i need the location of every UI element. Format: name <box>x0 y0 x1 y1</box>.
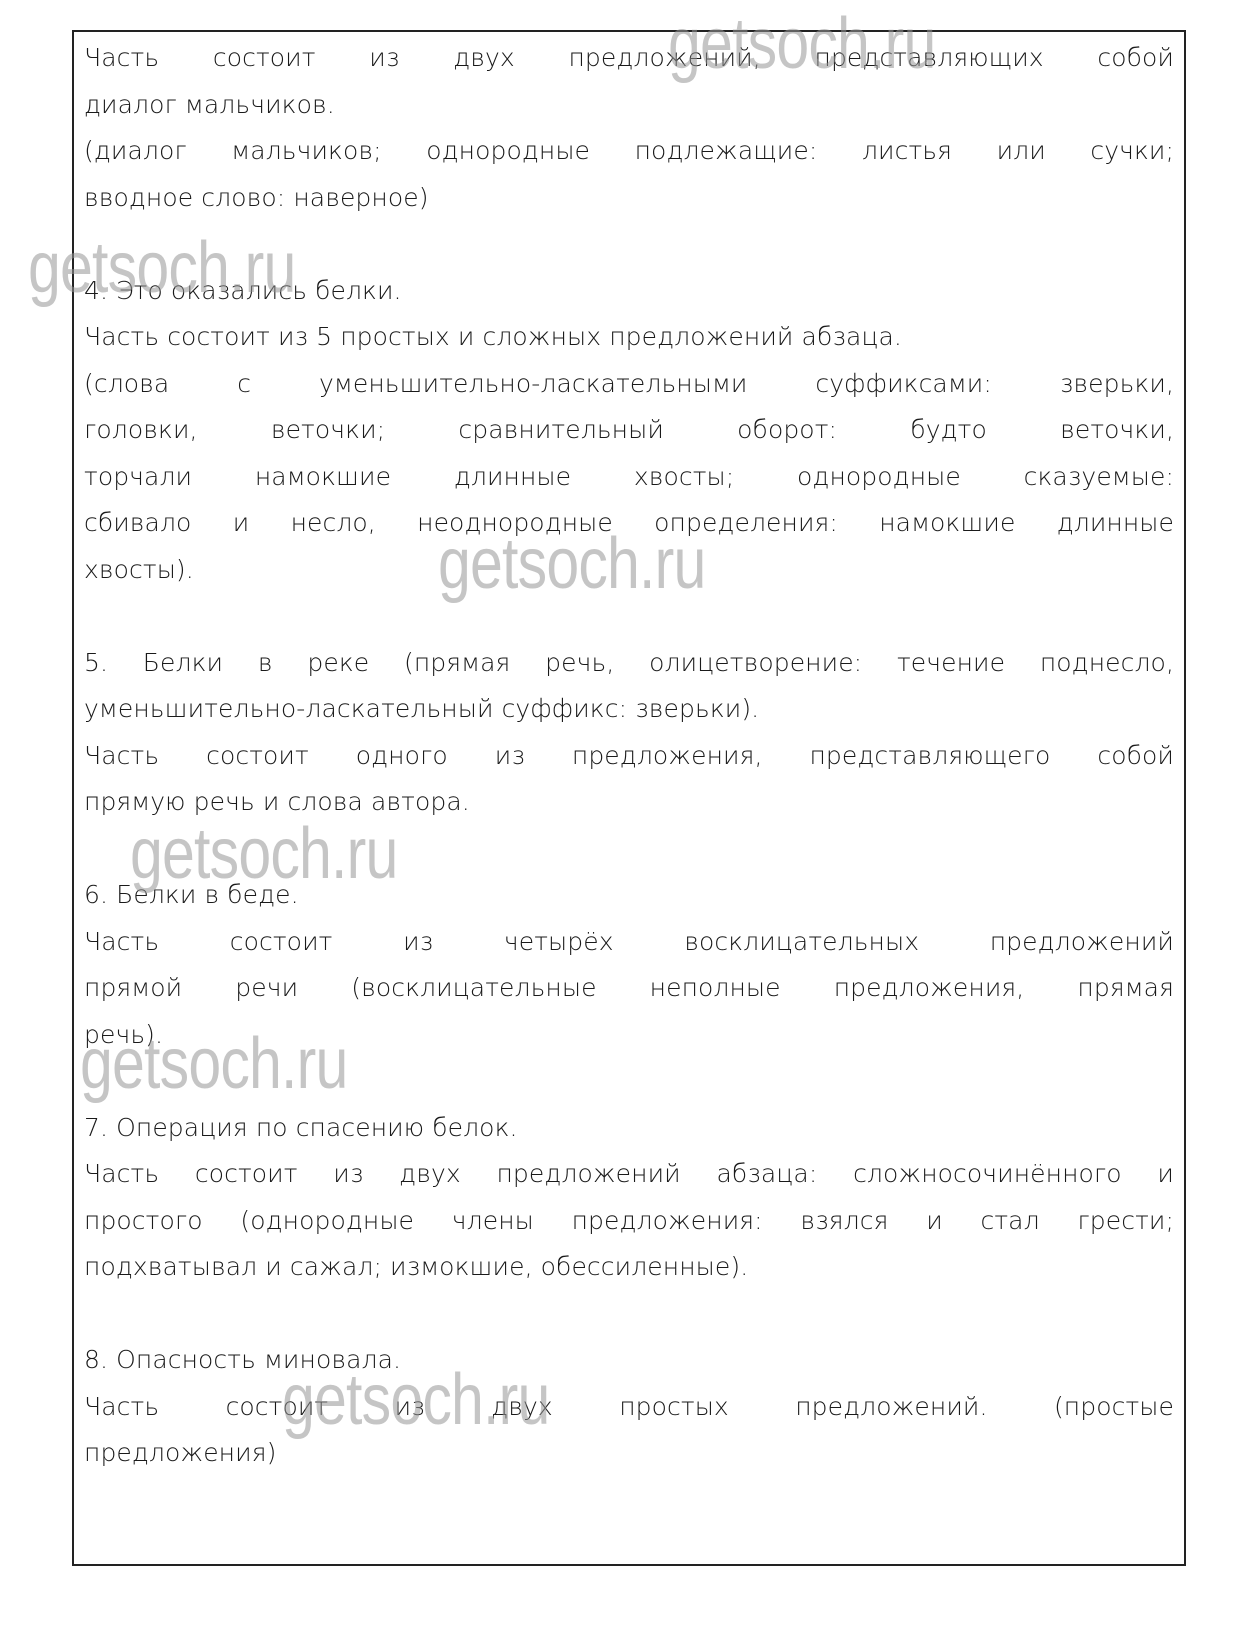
text-line: сбивало и несло, неоднородные определени… <box>84 500 1174 547</box>
text-line: простого (однородные члены предложения: … <box>84 1198 1174 1245</box>
answer-text: Часть состоит из двух предложений, предс… <box>84 35 1174 1477</box>
paragraph-gap <box>84 1058 1174 1105</box>
text-line: прямую речь и слова автора. <box>84 779 1174 826</box>
text-line: подхватывал и сажал; измокшие, обессилен… <box>84 1244 1174 1291</box>
text-line: предложения) <box>84 1430 1174 1477</box>
paragraph-gap <box>84 826 1174 873</box>
paragraph-gap <box>84 1291 1174 1338</box>
text-line: Часть состоит из двух простых предложени… <box>84 1384 1174 1431</box>
text-line: Часть состоит из 5 простых и сложных пре… <box>84 314 1174 361</box>
section-3-tail: Часть состоит из двух предложений, предс… <box>84 35 1174 221</box>
text-line: диалог мальчиков. <box>84 82 1174 129</box>
text-line: уменьшительно-ласкательный суффикс: звер… <box>84 686 1174 733</box>
section-4: 4. Это оказались белки. Часть состоит из… <box>84 268 1174 594</box>
text-line: Часть состоит из двух предложений абзаца… <box>84 1151 1174 1198</box>
text-line: хвосты). <box>84 547 1174 594</box>
text-line: торчали намокшие длинные хвосты; однород… <box>84 454 1174 501</box>
section-heading: 6. Белки в беде. <box>84 872 1174 919</box>
section-heading: 5. Белки в реке (прямая речь, олицетворе… <box>84 640 1174 687</box>
text-line: речь). <box>84 1012 1174 1059</box>
text-line: (слова с уменьшительно-ласкательными суф… <box>84 361 1174 408</box>
text-line: (диалог мальчиков; однородные подлежащие… <box>84 128 1174 175</box>
section-6: 6. Белки в беде. Часть состоит из четырё… <box>84 872 1174 1058</box>
section-8: 8. Опасность миновала. Часть состоит из … <box>84 1337 1174 1477</box>
paragraph-gap <box>84 593 1174 640</box>
paragraph-gap <box>84 221 1174 268</box>
section-heading: 8. Опасность миновала. <box>84 1337 1174 1384</box>
text-line: Часть состоит из четырёх восклицательных… <box>84 919 1174 966</box>
text-line: прямой речи (восклицательные неполные пр… <box>84 965 1174 1012</box>
text-line: вводное слово: наверное) <box>84 175 1174 222</box>
text-line: Часть состоит из двух предложений, предс… <box>84 35 1174 82</box>
text-line: головки, веточки; сравнительный оборот: … <box>84 407 1174 454</box>
section-7: 7. Операция по спасению белок. Часть сос… <box>84 1105 1174 1291</box>
section-5: 5. Белки в реке (прямая речь, олицетворе… <box>84 640 1174 826</box>
text-line: Часть состоит одного из предложения, пре… <box>84 733 1174 780</box>
section-heading: 4. Это оказались белки. <box>84 268 1174 315</box>
section-heading: 7. Операция по спасению белок. <box>84 1105 1174 1152</box>
